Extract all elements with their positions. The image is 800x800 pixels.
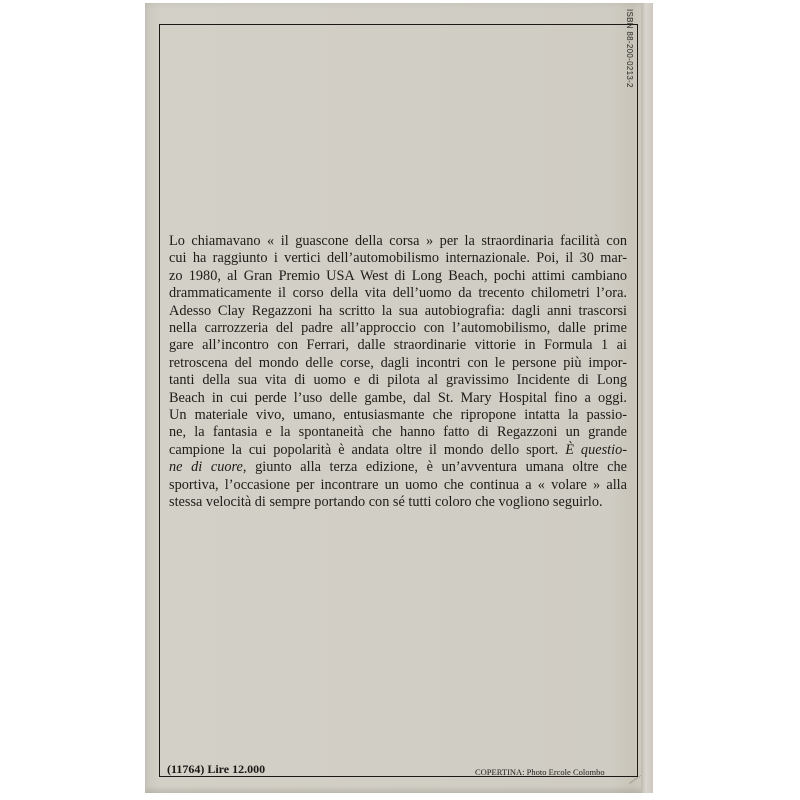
blurb-line: gare all’incontro con Ferrari, dalle str… (169, 337, 627, 354)
blurb-line: Adesso Clay Regazzoni ha scritto la sua … (169, 303, 627, 320)
blurb-text: Lo chiamavano « il guascone della corsa … (169, 233, 627, 512)
blurb-line: Un materiale vivo, umano, entusiasmante … (169, 407, 627, 424)
blurb-line: ne di cuore, giunto alla terza edizione,… (169, 459, 627, 476)
blurb-line-segment: , giunto alla terza edizione, è un’avven… (243, 459, 627, 475)
cover-photo-credit: COPERTINA: Photo Ercole Colombo (475, 767, 605, 777)
blurb-line-segment: campione la cui popolarità è andata oltr… (169, 442, 565, 458)
blurb-line: ne, la fantasia e la spontaneità che han… (169, 424, 627, 441)
book-back-cover: ISBN 88-200-0213-2 Lo chiamavano « il gu… (145, 3, 653, 793)
blurb-line: Lo chiamavano « il guascone della corsa … (169, 233, 627, 250)
book-title-italic: ne di cuore (169, 459, 243, 475)
blurb-line: Beach in cui perde l’uso delle gambe, da… (169, 390, 627, 407)
blurb-line: cui ha raggiunto i vertici dell’automobi… (169, 250, 627, 267)
blurb-line: retroscena del mondo delle corse, dagli … (169, 355, 627, 372)
blurb-line: zo 1980, al Gran Premio USA West di Long… (169, 268, 627, 285)
blurb-line: campione la cui popolarità è andata oltr… (169, 442, 627, 459)
blurb-line: sportiva, l’occasione per incontrare un … (169, 477, 627, 494)
isbn-label: ISBN 88-200-0213-2 (625, 9, 634, 88)
price-label: (11764) Lire 12.000 (167, 762, 265, 777)
book-spine-edge (641, 3, 653, 793)
blurb-line: stessa velocità di sempre portando con s… (169, 494, 627, 511)
book-title-italic: È questio- (565, 442, 627, 458)
blurb-line: nella carrozzeria del padre all’approcci… (169, 320, 627, 337)
blurb-line: drammaticamente il corso della vita dell… (169, 285, 627, 302)
blurb-line: tanti della sua vita di uomo e di pilota… (169, 372, 627, 389)
